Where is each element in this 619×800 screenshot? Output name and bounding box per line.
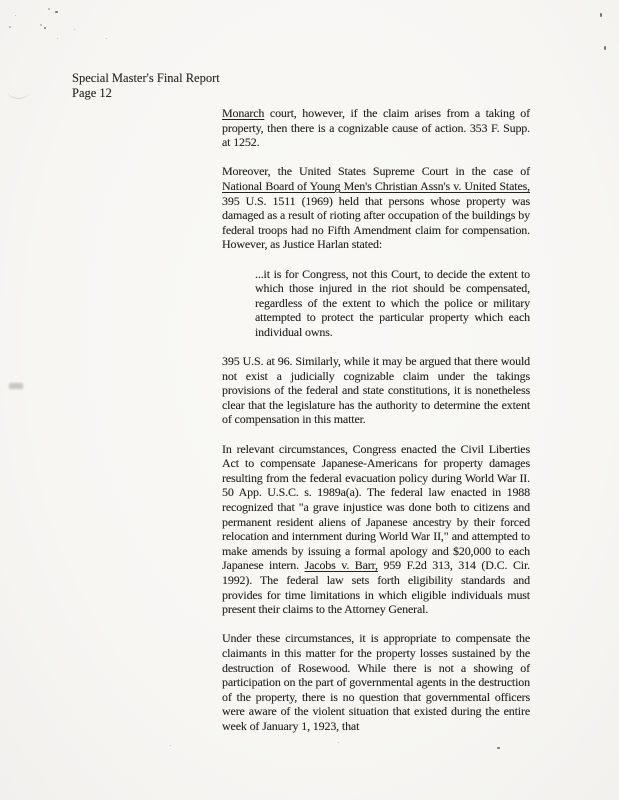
page-number: Page 12 — [72, 86, 220, 101]
scan-speck — [57, 38, 58, 39]
document-body: Monarch court, however, if the claim ari… — [222, 106, 530, 748]
underlined-citation: Jacobs v. Barr, — [305, 558, 378, 572]
scan-stray-mark — [7, 83, 31, 101]
scan-speck — [40, 24, 42, 26]
scan-speck — [170, 745, 171, 746]
text-run: In relevant circumstances, Congress enac… — [222, 442, 530, 573]
page-header: Special Master's Final Report Page 12 — [72, 71, 220, 101]
paragraph: In relevant circumstances, Congress enac… — [222, 442, 530, 617]
scan-speck — [604, 46, 606, 50]
scan-speck — [106, 38, 107, 39]
paragraph: 395 U.S. at 96. Similarly, while it may … — [222, 354, 530, 427]
scan-speck — [55, 11, 58, 13]
scan-speck — [15, 15, 16, 16]
scan-speck — [74, 29, 75, 30]
scan-smudge — [9, 383, 23, 389]
report-title: Special Master's Final Report — [72, 71, 220, 86]
text-run: ...it is for Congress, not this Court, t… — [255, 267, 530, 339]
scan-speck — [44, 27, 46, 29]
paragraph: Under these circumstances, it is appropr… — [222, 631, 530, 733]
scan-speck — [600, 13, 602, 17]
scan-speck — [48, 8, 50, 10]
underlined-citation: Monarch — [222, 106, 264, 120]
underlined-citation: National Board of Young Men's Christian … — [222, 179, 530, 193]
text-run: court, however, if the claim arises from… — [222, 106, 530, 149]
paragraph: Moreover, the United States Supreme Cour… — [222, 164, 530, 252]
scanned-page: Special Master's Final Report Page 12 Mo… — [0, 0, 619, 800]
paragraph: Monarch court, however, if the claim ari… — [222, 106, 530, 150]
text-run: Moreover, the United States Supreme Cour… — [222, 164, 530, 178]
text-run: 395 U.S. at 96. Similarly, while it may … — [222, 354, 530, 426]
block-quote: ...it is for Congress, not this Court, t… — [255, 267, 530, 340]
text-run: Under these circumstances, it is appropr… — [222, 631, 530, 733]
text-run: 395 U.S. 1511 (1969) held that persons w… — [222, 194, 530, 252]
scan-speck — [9, 26, 11, 28]
